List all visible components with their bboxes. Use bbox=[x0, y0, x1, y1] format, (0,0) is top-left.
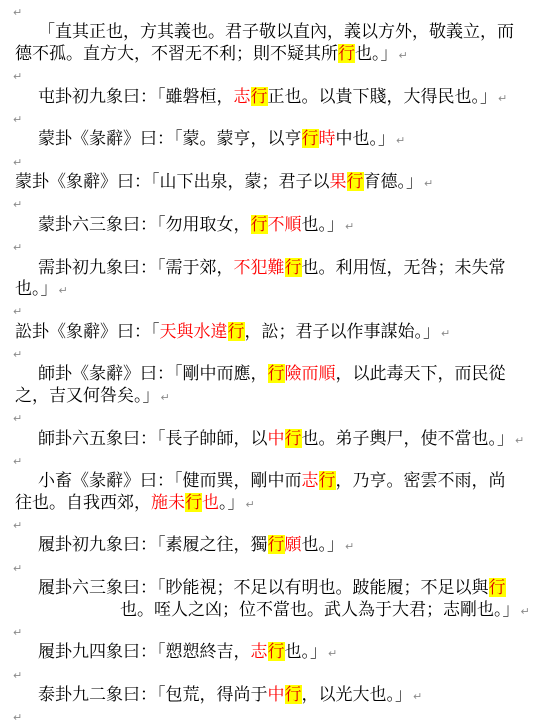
paragraph-mark-icon: ↵ bbox=[423, 177, 433, 190]
text-run: 屯卦初九象曰：「雖磐桓， bbox=[38, 87, 234, 106]
text-line: 往也。自我西郊，施未行也。」↵ bbox=[0, 492, 553, 513]
paragraph-mark-icon: ↵ bbox=[520, 605, 530, 618]
text-run: ，以光大也。」 bbox=[302, 685, 413, 704]
paragraph-mark-icon: ↵ bbox=[12, 711, 22, 724]
text-line: 也。」↵ bbox=[0, 278, 553, 299]
empty-line: ↵ bbox=[0, 150, 553, 171]
paragraph-mark-icon: ↵ bbox=[12, 70, 22, 83]
text-run: 也。咥人之凶；位不當也。武人為于大君；志剛也。」 bbox=[120, 600, 520, 619]
text-run: 也。」 bbox=[285, 642, 328, 661]
text-run: ，訟；君子以作事謀始。」 bbox=[245, 322, 441, 341]
paragraph-mark-icon: ↵ bbox=[12, 519, 22, 532]
text-run: 也。弟子輿尸，使不當也。」 bbox=[302, 429, 515, 448]
document-body[interactable]: ↵「直其正也，方其義也。君子敬以直內，義以方外，敬義立，而德不孤。直方大，不習无… bbox=[0, 0, 553, 727]
empty-line: ↵ bbox=[0, 556, 553, 577]
paragraph-mark-icon: ↵ bbox=[12, 6, 22, 19]
empty-line: ↵ bbox=[0, 299, 553, 320]
text-run: ，乃亨。密雲不雨，尚 bbox=[336, 471, 506, 490]
text-run: 之，吉又何咎矣。」 bbox=[15, 386, 160, 405]
text-line: 之，吉又何咎矣。」↵ bbox=[0, 385, 553, 406]
text-run: 也。利用恆，无咎；未失常 bbox=[302, 258, 506, 277]
text-run: 蒙卦《彖辭》曰：「蒙。蒙亨，以亨 bbox=[38, 129, 302, 148]
paragraph-mark-icon: ↵ bbox=[395, 134, 405, 147]
paragraph-mark-icon: ↵ bbox=[398, 49, 408, 62]
text-run: 履卦六三象曰：「眇能視；不足以有明也。跛能履；不足以與 bbox=[38, 578, 489, 597]
text-run: 也。」 bbox=[302, 535, 345, 554]
text-run: 師卦《彖辭》曰：「剛中而應， bbox=[38, 364, 268, 383]
text-line: 師卦六五象曰：「長子帥師，以中行也。弟子輿尸，使不當也。」↵ bbox=[0, 428, 553, 449]
empty-line: ↵ bbox=[0, 64, 553, 85]
highlighted-text-run: 行 bbox=[268, 642, 285, 661]
text-line: 也。咥人之凶；位不當也。武人為于大君；志剛也。」↵ bbox=[0, 599, 553, 620]
red-text-run: 願 bbox=[285, 535, 302, 554]
text-run: ，以此毒天下，而民從 bbox=[336, 364, 506, 383]
red-text-run: 志 bbox=[234, 87, 251, 106]
text-run: 育德。」 bbox=[364, 172, 424, 191]
text-run: 德不孤。直方大，不習无不利；則不疑其所 bbox=[15, 44, 338, 63]
empty-line: ↵ bbox=[0, 192, 553, 213]
highlighted-text-run: 行 bbox=[285, 429, 302, 448]
highlighted-text-run: 行 bbox=[338, 44, 355, 63]
red-text-run: 志 bbox=[251, 642, 268, 661]
red-text-run: 果 bbox=[330, 172, 347, 191]
paragraph-mark-icon: ↵ bbox=[12, 562, 22, 575]
text-line: 蒙卦六三象曰：「勿用取女，行不順也。」↵ bbox=[0, 214, 553, 235]
paragraph-mark-icon: ↵ bbox=[12, 305, 22, 318]
empty-line: ↵ bbox=[0, 705, 553, 726]
paragraph-mark-icon: ↵ bbox=[12, 348, 22, 361]
text-line: 履卦初九象曰：「素履之往，獨行願也。」↵ bbox=[0, 534, 553, 555]
highlighted-text-run: 行 bbox=[251, 215, 268, 234]
red-text-run: 也 bbox=[202, 493, 219, 512]
text-run: 履卦初九象曰：「素履之往，獨 bbox=[38, 535, 268, 554]
empty-line: ↵ bbox=[0, 342, 553, 363]
text-line: 訟卦《象辭》曰：「天與水違行，訟；君子以作事謀始。」↵ bbox=[0, 321, 553, 342]
text-line: 履卦九四象曰：「愬愬終吉，志行也。」↵ bbox=[0, 641, 553, 662]
text-run: 正也。以貴下賤，大得民也。」 bbox=[268, 87, 498, 106]
highlighted-text-run: 行 bbox=[268, 364, 285, 383]
text-line: 小畜《彖辭》曰：「健而巽，剛中而志行，乃亨。密雲不雨，尚 bbox=[0, 470, 553, 491]
empty-line: ↵ bbox=[0, 620, 553, 641]
text-run: 需卦初九象曰：「需于郊， bbox=[38, 258, 234, 277]
text-line: 德不孤。直方大，不習无不利；則不疑其所行也。」↵ bbox=[0, 43, 553, 64]
paragraph-mark-icon: ↵ bbox=[344, 220, 354, 233]
paragraph-mark-icon: ↵ bbox=[12, 669, 22, 682]
text-run: 「直其正也，方其義也。君子敬以直內，義以方外，敬義立，而 bbox=[38, 22, 514, 41]
paragraph-mark-icon: ↵ bbox=[344, 540, 354, 553]
paragraph-mark-icon: ↵ bbox=[12, 113, 22, 126]
red-text-run: 時 bbox=[319, 129, 336, 148]
text-run: 往也。自我西郊， bbox=[15, 493, 151, 512]
paragraph-mark-icon: ↵ bbox=[12, 156, 22, 169]
text-run: 也。」 bbox=[302, 215, 345, 234]
empty-line: ↵ bbox=[0, 235, 553, 256]
highlighted-text-run: 行 bbox=[347, 172, 364, 191]
paragraph-mark-icon: ↵ bbox=[160, 391, 170, 404]
highlighted-text-run: 行 bbox=[489, 578, 506, 597]
text-line: 屯卦初九象曰：「雖磐桓，志行正也。以貴下賤，大得民也。」↵ bbox=[0, 86, 553, 107]
text-line: 需卦初九象曰：「需于郊，不犯難行也。利用恆，无咎；未失常 bbox=[0, 257, 553, 278]
empty-line: ↵ bbox=[0, 449, 553, 470]
red-text-run: 施未 bbox=[151, 493, 185, 512]
paragraph-mark-icon: ↵ bbox=[12, 241, 22, 254]
empty-line: ↵ bbox=[0, 107, 553, 128]
paragraph-mark-icon: ↵ bbox=[245, 498, 255, 511]
empty-line: ↵ bbox=[0, 663, 553, 684]
paragraph-mark-icon: ↵ bbox=[12, 198, 22, 211]
text-line: 泰卦九二象曰：「包荒，得尚于中行，以光大也。」↵ bbox=[0, 684, 553, 705]
empty-line: ↵ bbox=[0, 513, 553, 534]
empty-line: ↵ bbox=[0, 406, 553, 427]
paragraph-mark-icon: ↵ bbox=[12, 626, 22, 639]
text-line: 師卦《彖辭》曰：「剛中而應，行險而順，以此毒天下，而民從 bbox=[0, 363, 553, 384]
text-line: 「直其正也，方其義也。君子敬以直內，義以方外，敬義立，而 bbox=[0, 21, 553, 42]
paragraph-mark-icon: ↵ bbox=[412, 690, 422, 703]
red-text-run: 不順 bbox=[268, 215, 302, 234]
text-run: 師卦六五象曰：「長子帥師，以 bbox=[38, 429, 268, 448]
text-run: 。」 bbox=[219, 493, 245, 512]
red-text-run: 中 bbox=[268, 685, 285, 704]
highlighted-text-run: 行 bbox=[228, 322, 245, 341]
text-run: 也。」 bbox=[355, 44, 398, 63]
text-run: 中也。」 bbox=[336, 129, 396, 148]
document-page[interactable]: ↵「直其正也，方其義也。君子敬以直內，義以方外，敬義立，而德不孤。直方大，不習无… bbox=[0, 0, 553, 727]
text-run: 訟卦《象辭》曰：「 bbox=[15, 322, 160, 341]
highlighted-text-run: 行 bbox=[285, 258, 302, 277]
text-line: 履卦六三象曰：「眇能視；不足以有明也。跛能履；不足以與行 bbox=[0, 577, 553, 598]
paragraph-mark-icon: ↵ bbox=[327, 647, 337, 660]
text-run: 履卦九四象曰：「愬愬終吉， bbox=[38, 642, 251, 661]
paragraph-mark-icon: ↵ bbox=[12, 412, 22, 425]
paragraph-mark-icon: ↵ bbox=[58, 284, 68, 297]
empty-line: ↵ bbox=[0, 0, 553, 21]
text-line: 蒙卦《象辭》曰：「山下出泉，蒙；君子以果行育德。」↵ bbox=[0, 171, 553, 192]
highlighted-text-run: 行 bbox=[185, 493, 202, 512]
red-text-run: 不犯難 bbox=[234, 258, 285, 277]
text-line: 蒙卦《彖辭》曰：「蒙。蒙亨，以亨行時中也。」↵ bbox=[0, 128, 553, 149]
paragraph-mark-icon: ↵ bbox=[514, 434, 524, 447]
highlighted-text-run: 行 bbox=[285, 685, 302, 704]
paragraph-mark-icon: ↵ bbox=[12, 455, 22, 468]
red-text-run: 險而順 bbox=[285, 364, 336, 383]
red-text-run: 天與水違 bbox=[160, 322, 228, 341]
highlighted-text-run: 行 bbox=[268, 535, 285, 554]
text-run: 也。」 bbox=[15, 279, 58, 298]
text-run: 蒙卦六三象曰：「勿用取女， bbox=[38, 215, 251, 234]
paragraph-mark-icon: ↵ bbox=[440, 327, 450, 340]
red-text-run: 中 bbox=[268, 429, 285, 448]
paragraph-mark-icon: ↵ bbox=[497, 92, 507, 105]
text-run: 蒙卦《象辭》曰：「山下出泉，蒙；君子以 bbox=[15, 172, 330, 191]
highlighted-text-run: 行 bbox=[302, 129, 319, 148]
text-run: 泰卦九二象曰：「包荒，得尚于 bbox=[38, 685, 268, 704]
highlighted-text-run: 行 bbox=[251, 87, 268, 106]
text-run: 小畜《彖辭》曰：「健而巽，剛中而 bbox=[38, 471, 302, 490]
red-text-run: 志 bbox=[302, 471, 319, 490]
highlighted-text-run: 行 bbox=[319, 471, 336, 490]
